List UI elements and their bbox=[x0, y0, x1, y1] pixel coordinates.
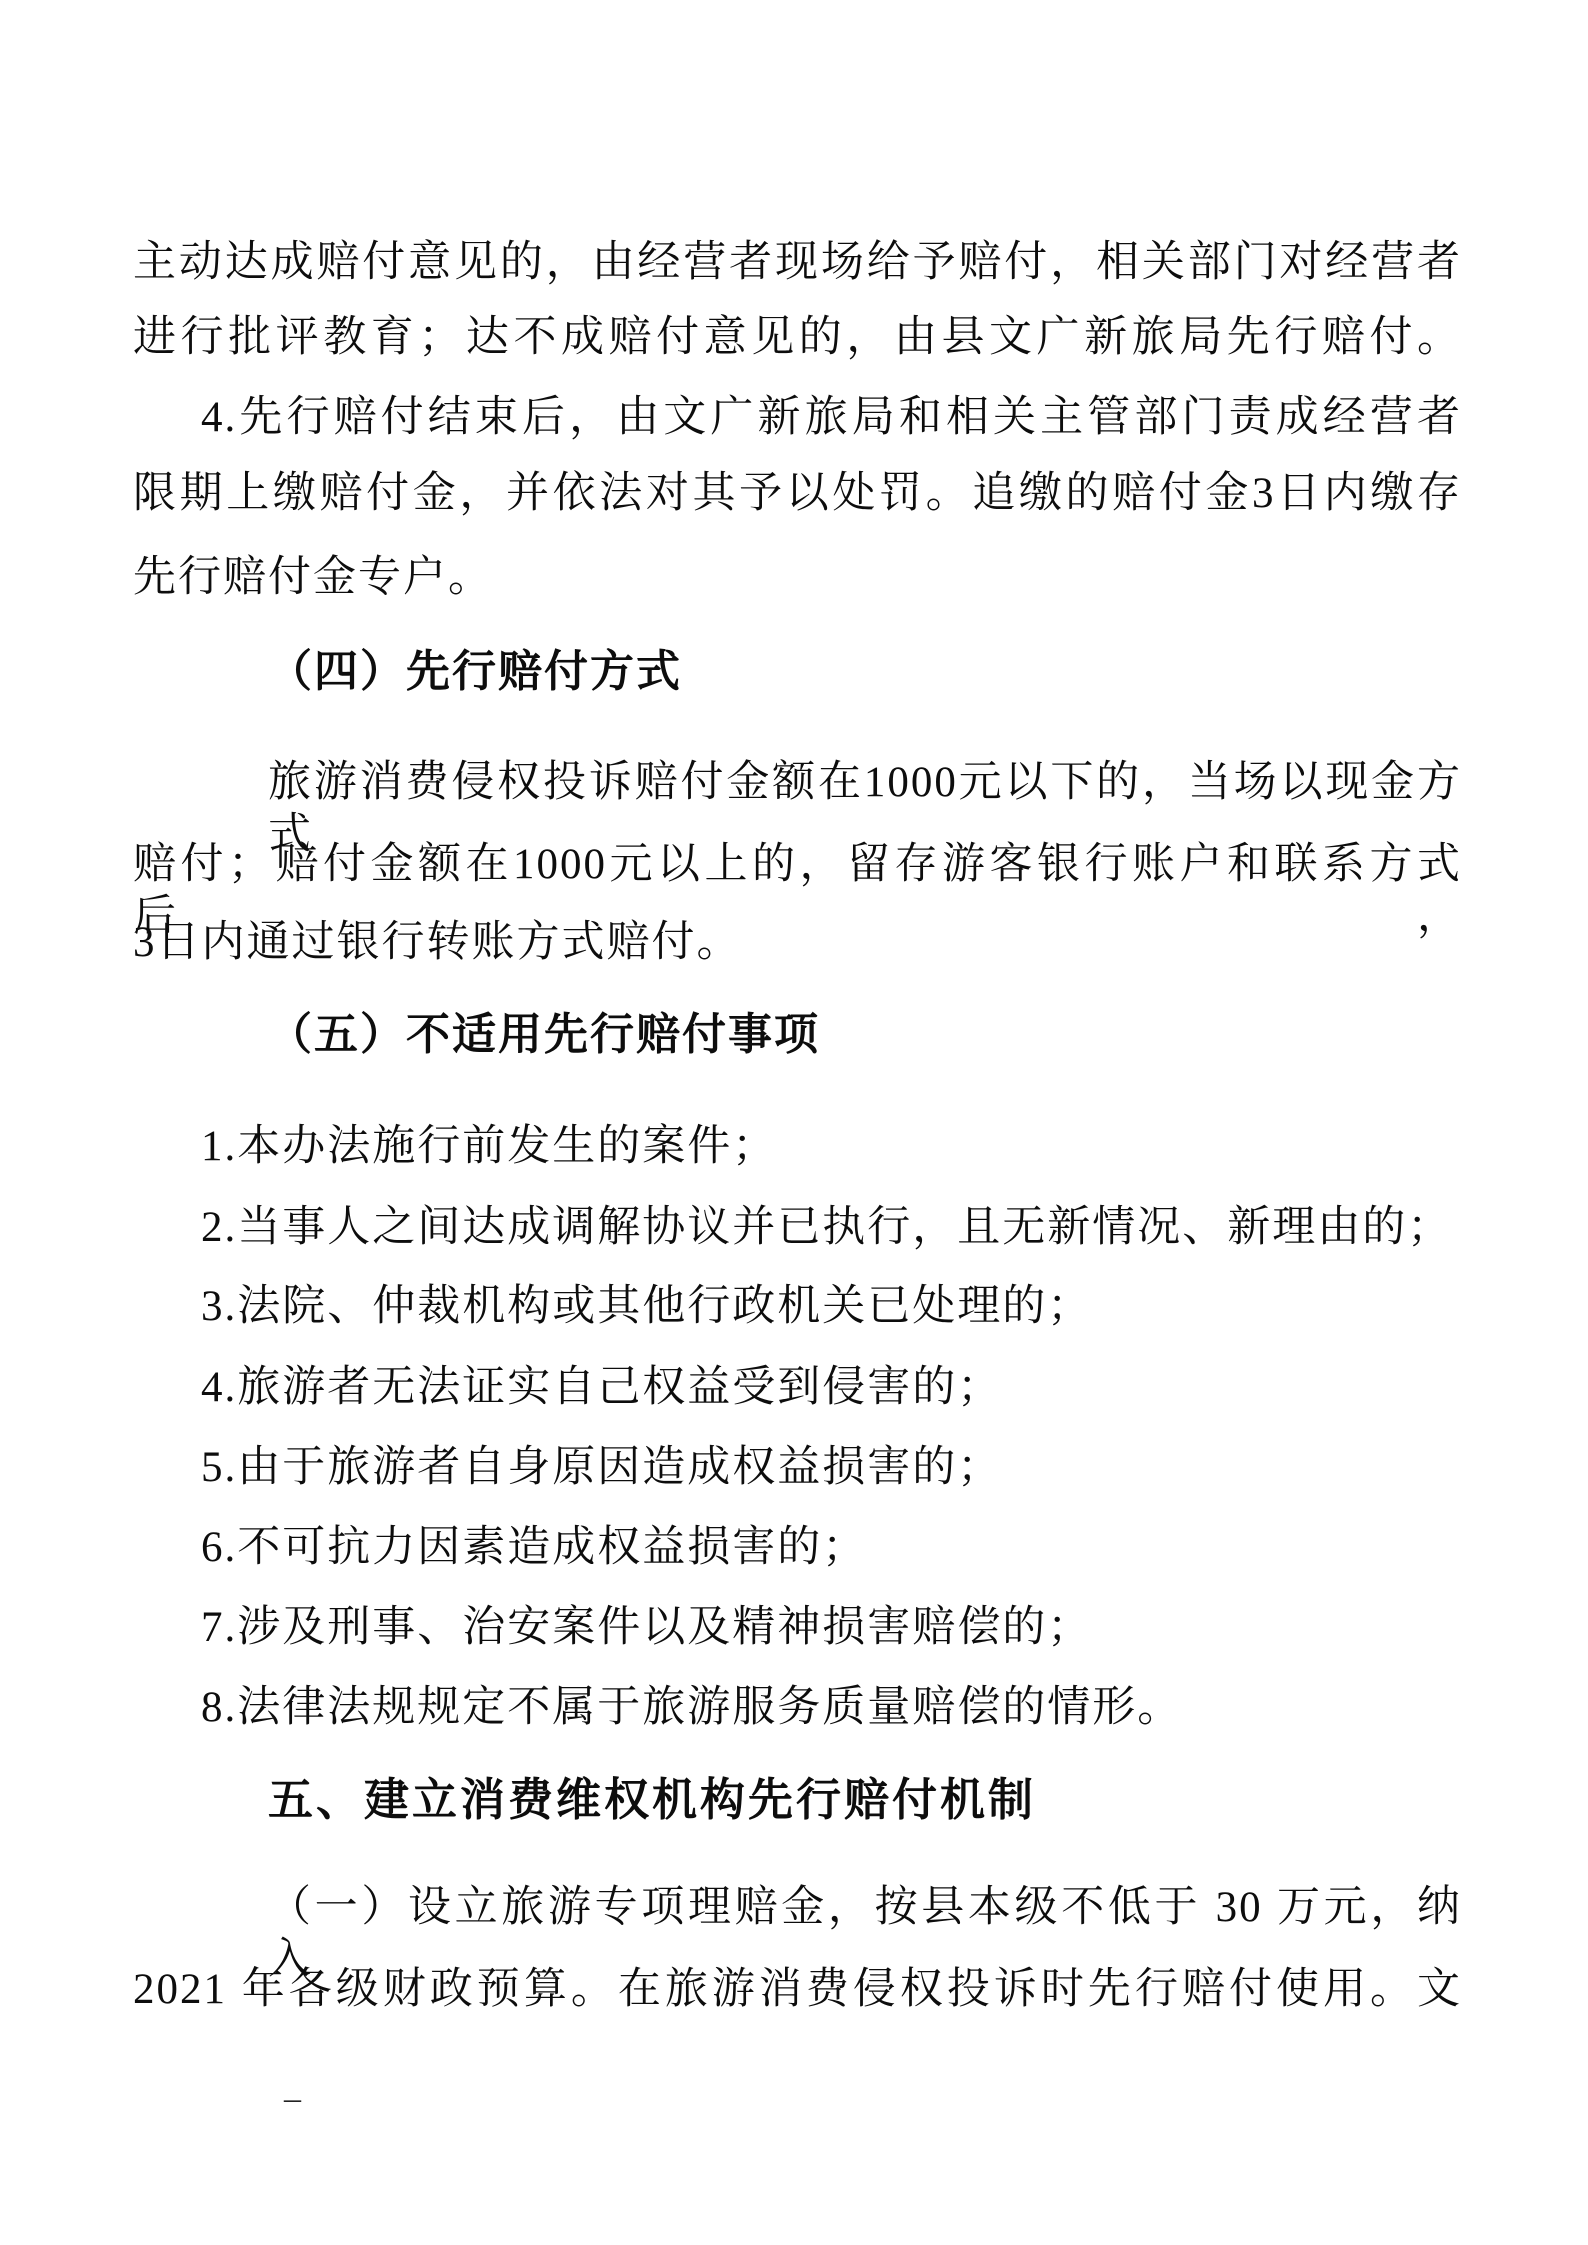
document-page: 主动达成赔付意见的，由经营者现场给予赔付，相关部门对经营者 进行批评教育；达不成… bbox=[0, 0, 1588, 2245]
list-item-1: 1.本办法施行前发生的案件； bbox=[133, 1121, 1462, 1173]
list-item-6: 6.不可抗力因素造成权益损害的； bbox=[133, 1522, 1462, 1574]
footer-dash: – bbox=[284, 2082, 301, 2116]
chapter-heading-5: 五、建立消费维权机构先行赔付机制 bbox=[133, 1772, 1462, 1828]
list-item-8: 8.法律法规规定不属于旅游服务质量赔偿的情形。 bbox=[133, 1682, 1462, 1734]
list-item-5: 5.由于旅游者自身原因造成权益损害的； bbox=[133, 1442, 1462, 1494]
doc-line-numbered: 4.先行赔付结束后，由文广新旅局和相关主管部门责成经营者 bbox=[133, 392, 1462, 444]
doc-line: 限期上缴赔付金，并依法对其予以处罚。追缴的赔付金3日内缴存 bbox=[133, 468, 1462, 520]
section-heading-4: （四）先行赔付方式 bbox=[133, 646, 1462, 698]
doc-line: 主动达成赔付意见的，由经营者现场给予赔付，相关部门对经营者 bbox=[133, 237, 1462, 289]
doc-line: 进行批评教育；达不成赔付意见的，由县文广新旅局先行赔付。 bbox=[133, 312, 1462, 364]
list-item-7: 7.涉及刑事、治安案件以及精神损害赔偿的； bbox=[133, 1602, 1462, 1654]
doc-line: （一）设立旅游专项理赔金，按县本级不低于 30 万元，纳入 bbox=[133, 1882, 1462, 1934]
list-item-4: 4.旅游者无法证实自己权益受到侵害的； bbox=[133, 1362, 1462, 1414]
doc-line: 先行赔付金专户。 bbox=[133, 552, 1462, 604]
doc-line: 旅游消费侵权投诉赔付金额在1000元以下的，当场以现金方式 bbox=[133, 757, 1462, 809]
doc-line: 2021 年各级财政预算。在旅游消费侵权投诉时先行赔付使用。文 bbox=[133, 1964, 1462, 2016]
list-item-2: 2.当事人之间达成调解协议并已执行，且无新情况、新理由的； bbox=[133, 1202, 1462, 1254]
doc-line: 3日内通过银行转账方式赔付。 bbox=[133, 917, 1462, 969]
doc-line: 赔付；赔付金额在1000元以上的，留存游客银行账户和联系方式后， bbox=[133, 839, 1462, 891]
section-heading-5: （五）不适用先行赔付事项 bbox=[133, 1009, 1462, 1061]
list-item-3: 3.法院、仲裁机构或其他行政机关已处理的； bbox=[133, 1281, 1462, 1333]
